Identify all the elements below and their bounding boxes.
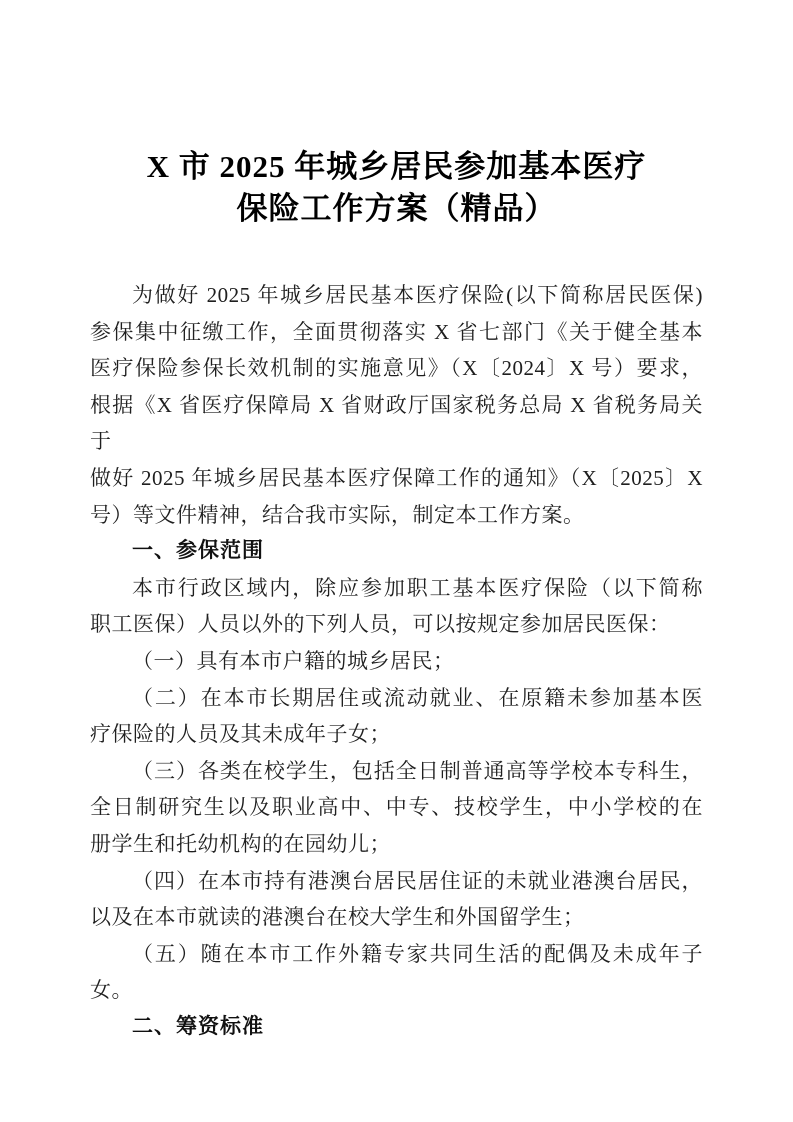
- document-title: X 市 2025 年城乡居民参加基本医疗 保险工作方案（精品）: [70, 146, 723, 230]
- title-line-2: 保险工作方案（精品）: [70, 188, 723, 230]
- section-heading: 二、筹资标准: [90, 1009, 703, 1046]
- paragraph-line: （三）各类在校学生，包括全日制普通高等学校本专科生，: [90, 753, 703, 790]
- paragraph-line: 全日制研究生以及职业高中、中专、技校学生，中小学校的在: [90, 789, 703, 826]
- section-heading: 一、参保范围: [90, 533, 703, 570]
- document-body: 为做好 2025 年城乡居民基本医疗保险(以下简称居民医保)参保集中征缴工作，全…: [90, 277, 703, 1045]
- paragraph-line: 医疗保险参保长效机制的实施意见》（X〔2024〕X 号）要求，: [90, 350, 703, 387]
- paragraph-line: 为做好 2025 年城乡居民基本医疗保险(以下简称居民医保): [90, 277, 703, 314]
- paragraph-line: 做好 2025 年城乡居民基本医疗保障工作的通知》（X〔2025〕X: [90, 460, 703, 497]
- paragraph-line: 本市行政区域内，除应参加职工基本医疗保险（以下简称: [90, 570, 703, 607]
- paragraph-line: 以及在本市就读的港澳台在校大学生和外国留学生；: [90, 899, 703, 936]
- paragraph-line: 根据《X 省医疗保障局 X 省财政厅国家税务总局 X 省税务局关于: [90, 387, 703, 460]
- paragraph-line: （一）具有本市户籍的城乡居民；: [90, 643, 703, 680]
- paragraph-line: （五）随在本市工作外籍专家共同生活的配偶及未成年子: [90, 936, 703, 973]
- paragraph-line: 职工医保）人员以外的下列人员，可以按规定参加居民医保：: [90, 606, 703, 643]
- paragraph-line: （二）在本市长期居住或流动就业、在原籍未参加基本医: [90, 680, 703, 717]
- paragraph-line: 疗保险的人员及其未成年子女；: [90, 716, 703, 753]
- document-page: X 市 2025 年城乡居民参加基本医疗 保险工作方案（精品） 为做好 2025…: [0, 0, 793, 1122]
- paragraph-line: 号）等文件精神，结合我市实际，制定本工作方案。: [90, 497, 703, 534]
- paragraph-line: 女。: [90, 972, 703, 1009]
- paragraph-line: （四）在本市持有港澳台居民居住证的未就业港澳台居民，: [90, 863, 703, 900]
- title-line-1: X 市 2025 年城乡居民参加基本医疗: [70, 146, 723, 188]
- paragraph-line: 册学生和托幼机构的在园幼儿；: [90, 826, 703, 863]
- paragraph-line: 参保集中征缴工作，全面贯彻落实 X 省七部门《关于健全基本: [90, 314, 703, 351]
